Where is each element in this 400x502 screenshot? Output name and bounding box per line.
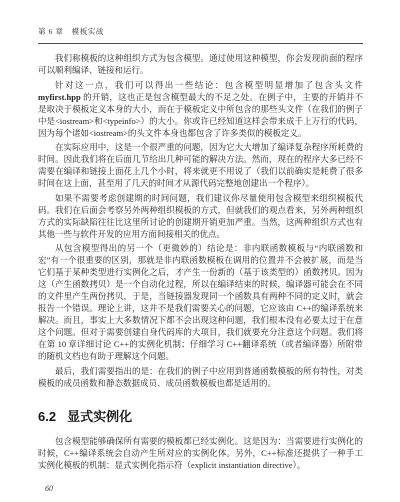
page-header: 第 6 章 模板实战 [38,21,363,44]
paragraph-text: 针对这一点，我们可以得出一些结论：包含模型明显增加了包含头文件 [55,80,363,90]
filename-text: myfirst.hpp [38,92,81,102]
section-heading: 6.2显式实例化 [38,406,363,425]
paragraph: 从包含模型得出的另一个（更微妙的）结论是：非内联函数模板与“内联函数和宏”有一个… [38,242,363,362]
chapter-label: 第 6 章 模板实战 [38,27,104,36]
paragraph: 最后，我们需要指出的是：在我们的例子中应用到普通函数模板的所有特性，对类模板的成… [38,365,363,389]
paragraph: 如果不需要考虑创建期的时间问题，我们建议你尽量使用包含模型来组织模板代码。我们在… [38,192,363,240]
section-number: 6.2 [38,409,56,424]
page-content: 第 6 章 模板实战 我们称模板的这种组织方式为包含模型。通过使用这种模型，你会… [0,0,400,502]
paragraph: 包含模型能够确保所有需要的模板都已经实例化。这是因为：当需要进行实例化的时候，C… [38,435,363,471]
paragraph: 针对这一点，我们可以得出一些结论：包含模型明显增加了包含头文件 myfirst.… [38,79,363,139]
page-number: 60 [45,484,53,493]
paragraph: 在实际应用中，这是一个很严重的问题，因为它大大增加了编译复杂程序所耗费的时间。因… [38,141,363,189]
paragraph-text: 的开销，这也正是包含模型最大的不足之处。在例子中，主要的开销并不是取决于模板定义… [38,92,363,138]
section-title: 显式实例化 [67,409,132,424]
page-body: 我们称模板的这种组织方式为包含模型。通过使用这种模型，你会发现前面的程序可以顺利… [38,52,363,471]
page-footer: 60 [38,478,363,496]
paragraph: 我们称模板的这种组织方式为包含模型。通过使用这种模型，你会发现前面的程序可以顺利… [38,52,363,76]
book-page: 第 6 章 模板实战 我们称模板的这种组织方式为包含模型。通过使用这种模型，你会… [0,0,400,502]
